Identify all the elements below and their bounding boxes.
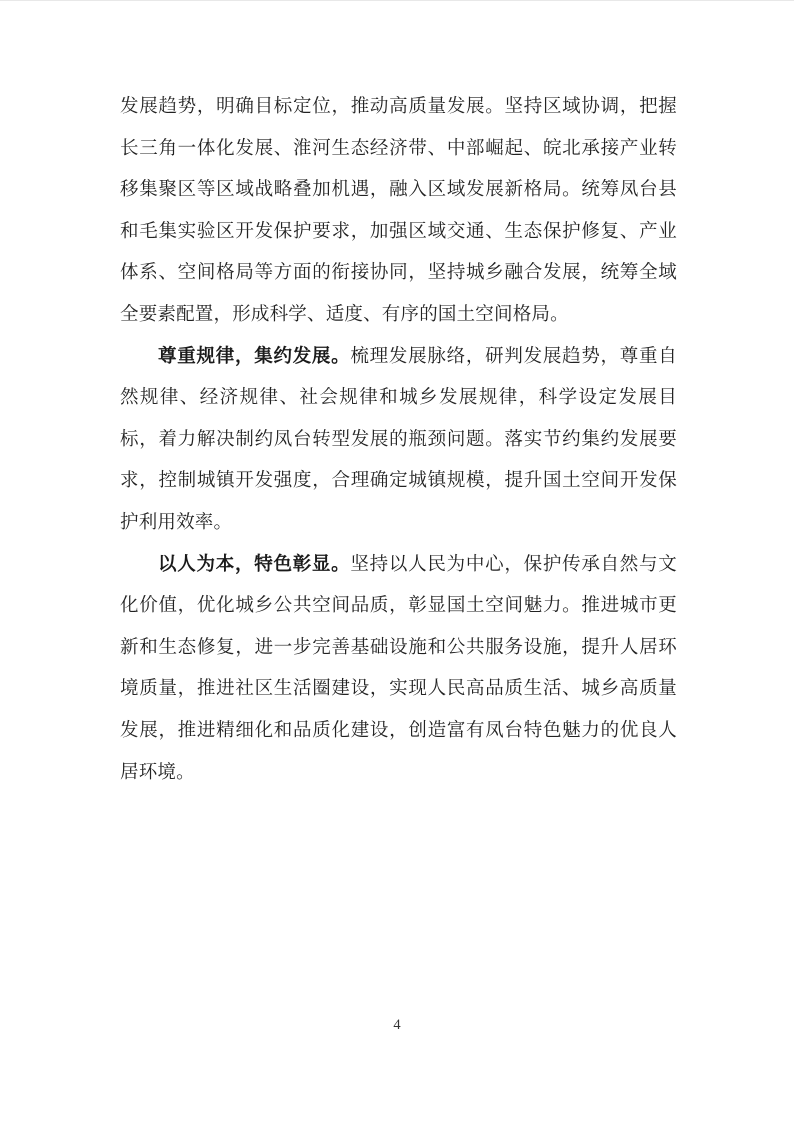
page-number: 4 [0, 1017, 794, 1034]
paragraph-lead: 尊重规律，集约发展。 [158, 347, 350, 367]
paragraph-lead: 以人为本，特色彰显。 [158, 555, 350, 575]
text-body: 发展趋势，明确目标定位，推动高质量发展。坚持区域协调，把握长三角一体化发展、淮河… [120, 87, 677, 794]
paragraph: 发展趋势，明确目标定位，推动高质量发展。坚持区域协调，把握长三角一体化发展、淮河… [120, 87, 677, 337]
paragraph-text: 梳理发展脉络，研判发展趋势，尊重自然规律、经济规律、社会规律和城乡发展规律，科学… [120, 347, 677, 533]
paragraph-text: 发展趋势，明确目标定位，推动高质量发展。坚持区域协调，把握长三角一体化发展、淮河… [120, 97, 677, 325]
paragraph: 尊重规律，集约发展。梳理发展脉络，研判发展趋势，尊重自然规律、经济规律、社会规律… [120, 337, 677, 545]
paragraph: 以人为本，特色彰显。坚持以人民为中心，保护传承自然与文化价值，优化城乡公共空间品… [120, 545, 677, 795]
document-page: 发展趋势，明确目标定位，推动高质量发展。坚持区域协调，把握长三角一体化发展、淮河… [0, 0, 794, 1122]
paragraph-text: 坚持以人民为中心，保护传承自然与文化价值，优化城乡公共空间品质，彰显国土空间魅力… [120, 555, 677, 783]
